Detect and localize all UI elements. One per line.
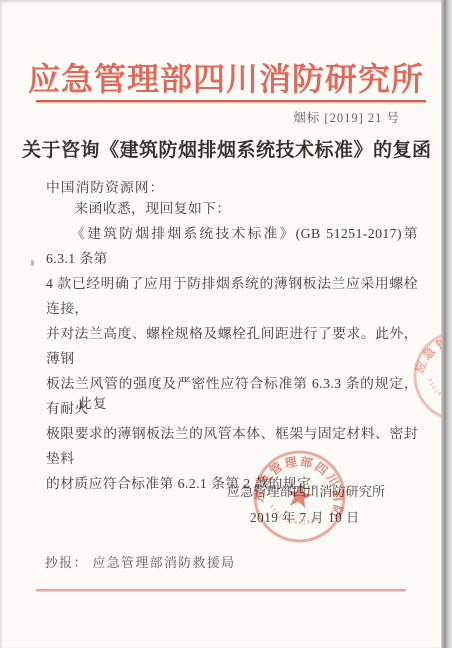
footer-divider-rule [36, 589, 406, 592]
closing-phrase: 此复 [78, 392, 108, 412]
paper-sheet: 应急管理部四川消防研究所 烟标 [2019] 21 号 关于咨询《建筑防烟排烟系… [0, 0, 443, 648]
scanned-letter: 应急管理部四川消防研究所 烟标 [2019] 21 号 关于咨询《建筑防烟排烟系… [0, 0, 452, 648]
signature-organization: 应急管理部四川消防研究所 [225, 481, 387, 500]
letterhead-org-title: 应急管理部四川消防研究所 [20, 54, 432, 100]
document-number: 烟标 [2019] 21 号 [0, 108, 400, 126]
scan-artifact [31, 260, 34, 266]
seal-code-text: 5101051682880 [421, 376, 443, 413]
signature-date: 2019 年 7 月 10 日 [250, 507, 360, 526]
letterhead-divider-rule [36, 100, 426, 103]
recipient-line: 中国消防资源网： [46, 176, 164, 196]
copy-to-line: 抄报： 应急管理部消防救援局 [45, 552, 236, 571]
letter-body: 来函收悉，现回复如下： 《建筑防烟排烟系统技术标准》(GB 51251-2017… [46, 196, 418, 496]
scan-right-edge [441, 0, 452, 648]
letter-subject-title: 关于咨询《建筑防烟排烟系统技术标准》的复函 [22, 135, 430, 162]
svg-text:5101051682880: 5101051682880 [421, 376, 443, 413]
